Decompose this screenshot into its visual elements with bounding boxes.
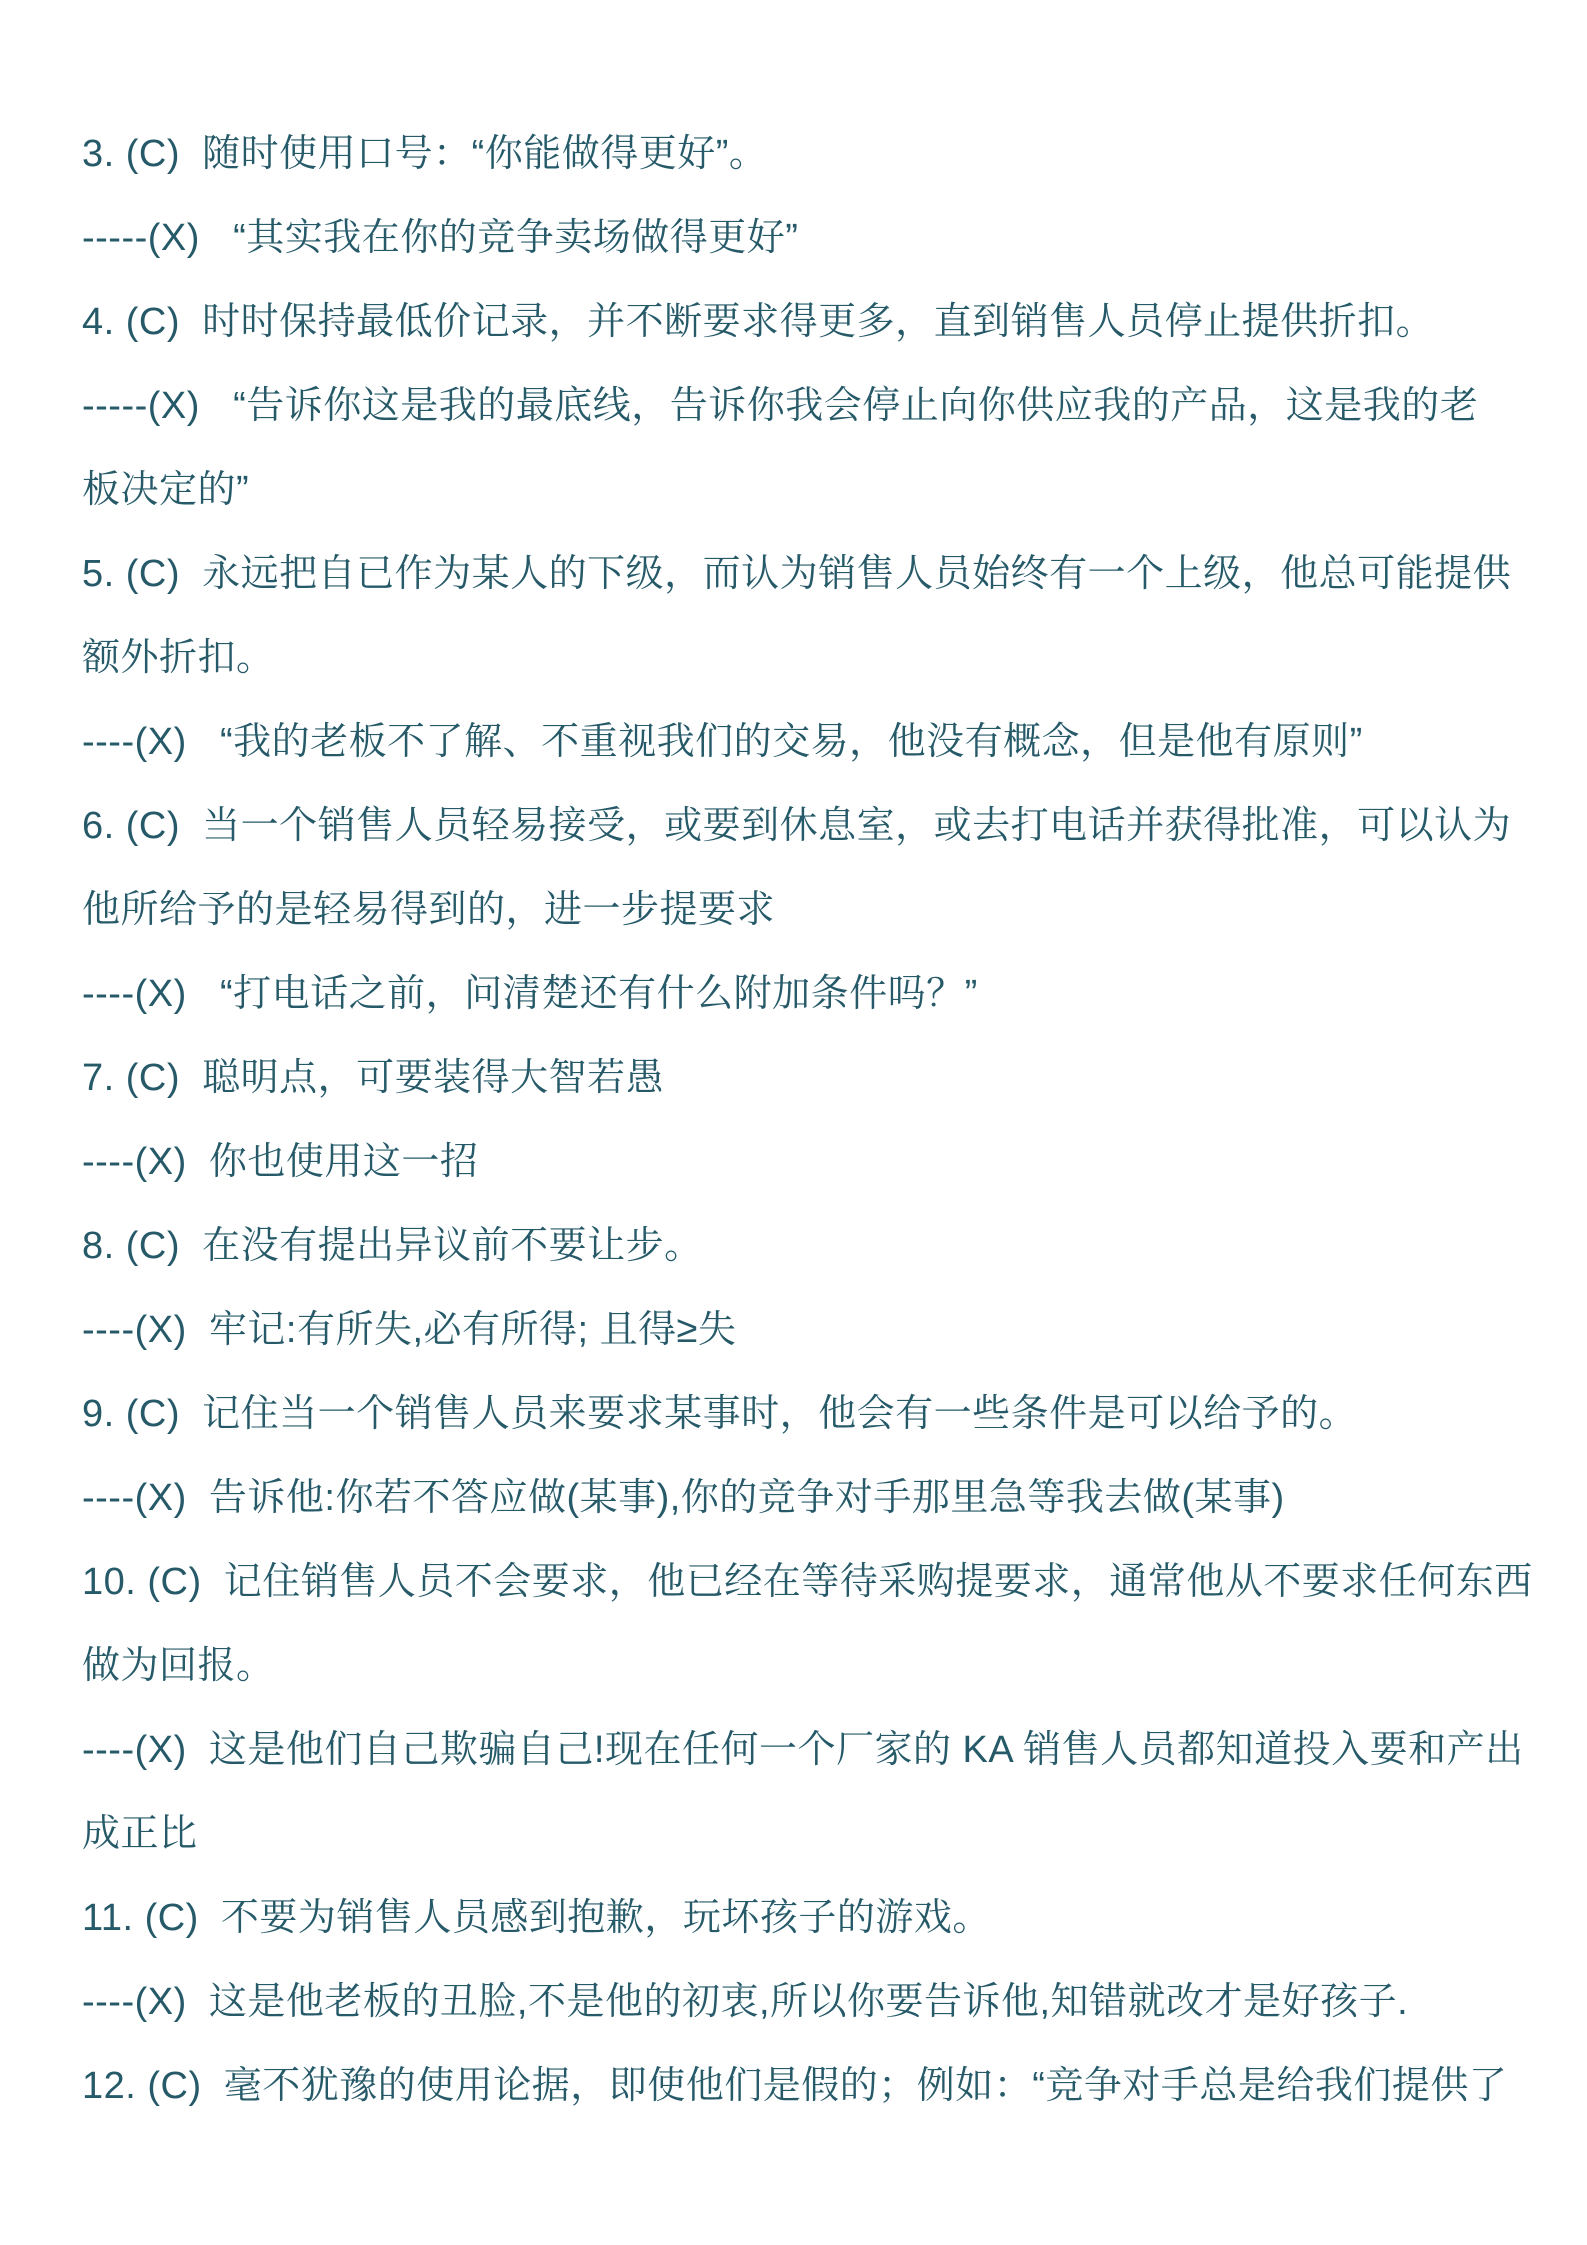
text-line-x: ----(X) 牢记:有所失,必有所得; 且得≥失 [82, 1288, 1527, 1372]
document-body: 3. (C) 随时使用口号：“你能做得更好”。-----(X) “其实我在你的竞… [0, 0, 1587, 2128]
text-line-c: 10. (C) 记住销售人员不会要求，他已经在等待采购提要求，通常他从不要求任何… [82, 1540, 1527, 1624]
text-line-c: 5. (C) 永远把自已作为某人的下级，而认为销售人员始终有一个上级，他总可能提… [82, 532, 1527, 616]
text-line-c: 6. (C) 当一个销售人员轻易接受，或要到休息室，或去打电话并获得批准，可以认… [82, 784, 1527, 868]
document-page: 3. (C) 随时使用口号：“你能做得更好”。-----(X) “其实我在你的竞… [0, 0, 1587, 2245]
text-line-x: -----(X) “告诉你这是我的最底线，告诉你我会停止向你供应我的产品，这是我… [82, 364, 1527, 448]
text-line-x: ----(X) “打电话之前，问清楚还有什么附加条件吗？” [82, 952, 1527, 1036]
text-line-c: 4. (C) 时时保持最低价记录，并不断要求得更多，直到销售人员停止提供折扣。 [82, 280, 1527, 364]
text-line-c: 7. (C) 聪明点，可要装得大智若愚 [82, 1036, 1527, 1120]
text-line-cont: 额外折扣。 [82, 616, 1527, 700]
text-line-x: ----(X) 这是他老板的丑脸,不是他的初衷,所以你要告诉他,知错就改才是好孩… [82, 1960, 1527, 2044]
text-line-c: 12. (C) 毫不犹豫的使用论据，即使他们是假的；例如：“竞争对手总是给我们提… [82, 2044, 1527, 2128]
text-line-cont: 板决定的” [82, 448, 1527, 532]
text-line-x: -----(X) “其实我在你的竞争卖场做得更好” [82, 196, 1527, 280]
text-line-x: ----(X) “我的老板不了解、不重视我们的交易，他没有概念，但是他有原则” [82, 700, 1527, 784]
text-line-x: ----(X) 你也使用这一招 [82, 1120, 1527, 1204]
text-line-x: ----(X) 告诉他:你若不答应做(某事),你的竞争对手那里急等我去做(某事) [82, 1456, 1527, 1540]
text-line-c: 9. (C) 记住当一个销售人员来要求某事时，他会有一些条件是可以给予的。 [82, 1372, 1527, 1456]
text-line-x: ----(X) 这是他们自己欺骗自己!现在任何一个厂家的 KA 销售人员都知道投… [82, 1708, 1527, 1792]
text-line-cont: 成正比 [82, 1792, 1527, 1876]
text-line-c: 11. (C) 不要为销售人员感到抱歉，玩坏孩子的游戏。 [82, 1876, 1527, 1960]
text-line-cont: 做为回报。 [82, 1624, 1527, 1708]
text-line-cont: 他所给予的是轻易得到的，进一步提要求 [82, 868, 1527, 952]
text-line-c: 3. (C) 随时使用口号：“你能做得更好”。 [82, 112, 1527, 196]
text-line-c: 8. (C) 在没有提出异议前不要让步。 [82, 1204, 1527, 1288]
